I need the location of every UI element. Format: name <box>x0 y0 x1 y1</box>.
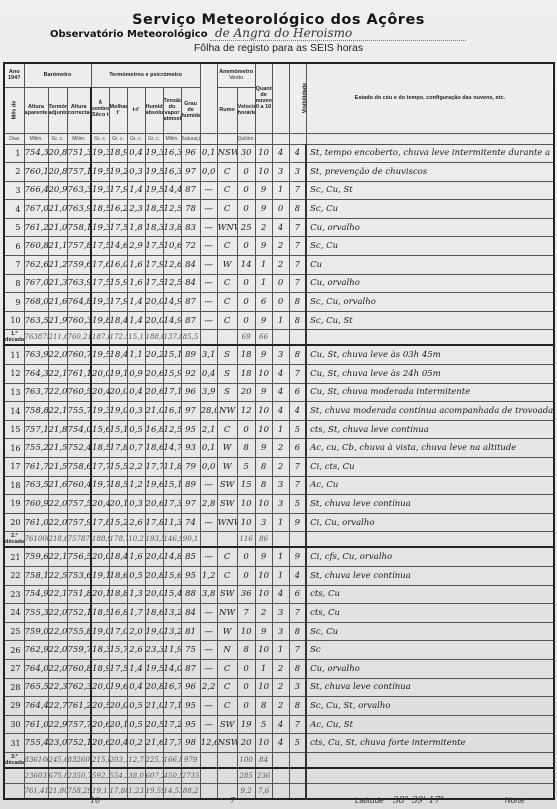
humidity-degree-cell: 92 <box>181 365 200 384</box>
altura-correcta-cell: 764,88 <box>67 293 91 312</box>
wet-bulb-cell: 17,5 <box>109 218 127 237</box>
cloud-amount-cell: 236 <box>255 768 272 784</box>
cloud-amount-cell: 10 <box>255 420 272 439</box>
dry-bulb-cell: 592,3 <box>91 768 109 784</box>
day-number: 23 <box>4 585 24 604</box>
rain-cell: — <box>200 256 217 275</box>
wind-direction-cell: C <box>217 293 237 312</box>
visibility-cell: 7 <box>289 237 306 256</box>
observation-text: Cu, orvalho <box>306 659 554 678</box>
t-diff-cell: 1,7 <box>127 604 145 623</box>
humidity-degree-cell: 83 <box>181 218 200 237</box>
observation-text: Sc, Cu, St <box>306 311 554 330</box>
humidity-degree-cell: 72 <box>181 237 200 256</box>
wind-direction-cell: W <box>217 622 237 641</box>
t-diff-cell: 0,3 <box>127 495 145 514</box>
abs-humidity-cell: 20,5 <box>145 715 163 734</box>
altura-aparente-cell: 759,00 <box>24 622 48 641</box>
observation-text: Ac, Cu <box>306 476 554 495</box>
altura-aparente-cell: 765,55 <box>24 678 48 697</box>
t-diff-cell: 1,6 <box>127 256 145 275</box>
wet-bulb-cell: 15,1 <box>109 420 127 439</box>
t-diff-cell: 0,4 <box>127 144 145 163</box>
rain-cell: — <box>200 311 217 330</box>
wind-direction-cell: C <box>217 547 237 566</box>
table-row: 15757,1021,8754,0015,615,10,516,812,5952… <box>4 420 554 439</box>
wind-direction-cell <box>217 752 237 768</box>
observation-text: St, prevenção de chuviscos <box>306 163 554 182</box>
humidity-degree-cell: 79 <box>181 458 200 477</box>
day-number: 24 <box>4 604 24 623</box>
humidity-degree-cell: 97 <box>181 163 200 182</box>
cloud-amount-cell: 9 <box>255 181 272 200</box>
cloud-amount-cell: 9 <box>255 383 272 402</box>
altura-correcta-cell: 755,86 <box>67 622 91 641</box>
abs-humidity-cell: 20,0 <box>145 293 163 312</box>
table-row: 19760,9022,0757,5620,420,10,320,617,3972… <box>4 495 554 514</box>
wind-speed-cell: 0 <box>237 678 255 697</box>
visibility-cell: 7 <box>289 181 306 200</box>
altura-aparente-cell: 759,65 <box>24 547 48 566</box>
observation-text <box>306 768 554 784</box>
dry-bulb-cell: 19,3 <box>91 218 109 237</box>
sea-state-cell: 1 <box>272 181 289 200</box>
altura-correcta-cell: 761,21 <box>67 697 91 716</box>
altura-correcta-cell: 760,215 <box>67 330 91 346</box>
unit-days: Dias <box>4 133 24 144</box>
wet-bulb-cell: 20,1 <box>109 495 127 514</box>
humidity-degree-cell: 85,5 <box>181 330 200 346</box>
table-row: 1754,3020,8751,3219,318,90,419,316,3960,… <box>4 144 554 163</box>
unit-quilom: Quilóm. <box>237 133 255 144</box>
cloud-amount-cell: 9 <box>255 622 272 641</box>
vapor-tension-cell: 17,1 <box>163 697 181 716</box>
observation-text: Sc, Cu, orvalho <box>306 293 554 312</box>
vapor-tension-cell: 14,8 <box>163 547 181 566</box>
t-diff-cell: 1,4 <box>127 293 145 312</box>
rain-cell: 2,2 <box>200 678 217 697</box>
abs-humidity-cell: 17,7 <box>145 458 163 477</box>
wind-speed-cell: 0 <box>237 181 255 200</box>
cloud-amount-cell: 8 <box>255 476 272 495</box>
rain-cell: 2,8 <box>200 495 217 514</box>
wet-bulb-cell: 19,6 <box>109 678 127 697</box>
day-number: 9 <box>4 293 24 312</box>
termometro-adjunto-cell: 21,6 <box>48 293 67 312</box>
termometro-adjunto-cell: 211,6 <box>48 330 67 346</box>
sea-state-cell: 3 <box>272 622 289 641</box>
altura-correcta-cell: 760,84 <box>67 659 91 678</box>
humidity-degree-cell: 75 <box>181 641 200 660</box>
rain-cell: — <box>200 697 217 716</box>
wind-speed-cell: 285 <box>237 768 255 784</box>
dry-bulb-header: À sombraSêco t <box>91 87 109 133</box>
day-number: 30 <box>4 715 24 734</box>
abs-humidity-cell: 20,2 <box>145 345 163 364</box>
table-row: 11763,9022,0760,7419,518,41,120,215,1893… <box>4 345 554 364</box>
sea-state-cell: 2 <box>272 697 289 716</box>
sea-state-cell: 0 <box>272 274 289 293</box>
wet-bulb-cell: 15,7 <box>109 641 127 660</box>
cloud-amount-cell: 10 <box>255 163 272 182</box>
wet-bulb-header: Molhado t' <box>109 87 127 133</box>
rain-cell: — <box>200 547 217 566</box>
wet-bulb-cell: 18,4 <box>109 547 127 566</box>
table-row: 24755,3022,0752,1818,516,81,718,613,284—… <box>4 604 554 623</box>
abs-humidity-cell: 193,5 <box>145 532 163 548</box>
anemometer-header: AnemómetroVento <box>217 63 255 87</box>
decade-label: 3.ª década <box>4 752 24 768</box>
table-row: 16755,2021,5752,4418,517,80,718,614,7930… <box>4 439 554 458</box>
altura-aparente-cell: 767,00 <box>24 274 48 293</box>
vapor-tension-cell: 14,0 <box>163 659 181 678</box>
sea-state-cell: 4 <box>272 218 289 237</box>
altura-correcta-cell: 752,44 <box>67 439 91 458</box>
dry-bulb-cell: 20,4 <box>91 495 109 514</box>
termometro-adjunto-cell: 22,0 <box>48 513 67 532</box>
t-diff-cell: 2,0 <box>127 622 145 641</box>
observation-text: Sc, Cu <box>306 200 554 219</box>
wind-direction-header: Rumo <box>217 87 237 133</box>
rain-cell: — <box>200 476 217 495</box>
altura-correcta-cell: 757,91 <box>67 513 91 532</box>
altura-correcta-cell: 760,36 <box>67 311 91 330</box>
wind-speed-cell: 69 <box>237 330 255 346</box>
wind-direction-cell: C <box>217 200 237 219</box>
wind-direction-cell <box>217 768 237 784</box>
termometro-adjunto-cell: 22,0 <box>48 659 67 678</box>
termometro-adjunto-cell: 22,9 <box>48 715 67 734</box>
visibility-cell: 3 <box>289 163 306 182</box>
visibility-cell: 8 <box>289 697 306 716</box>
wind-speed-cell: 8 <box>237 439 255 458</box>
rain-cell: 1,2 <box>200 566 217 585</box>
wind-direction-cell: W <box>217 458 237 477</box>
t-diff-cell: 0,9 <box>127 365 145 384</box>
termometro-adjunto-cell: 23,0 <box>48 734 67 753</box>
termometro-adjunto-cell: 22,3 <box>48 678 67 697</box>
latitude-label: Latitude <box>355 796 383 805</box>
wet-bulb-cell: 19,0 <box>109 402 127 421</box>
altura-aparente-cell: 755,30 <box>24 604 48 623</box>
visibility-cell: 3 <box>289 678 306 697</box>
t-diff-cell: 10,2 <box>127 532 145 548</box>
rain-cell: 0,0 <box>200 163 217 182</box>
t-diff-cell: 0,3 <box>127 163 145 182</box>
wind-speed-cell: 100 <box>237 752 255 768</box>
humidity-degree-cell: 87 <box>181 311 200 330</box>
abs-humidity-cell: 20,0 <box>145 547 163 566</box>
record-sheet: Serviço Meteorológico dos Açôres Observa… <box>0 0 557 809</box>
humidity-degree-cell: 85 <box>181 547 200 566</box>
vapor-tension-cell: 15,1 <box>163 476 181 495</box>
dry-bulb-cell: 188,9 <box>91 532 109 548</box>
day-number: 22 <box>4 566 24 585</box>
t-diff-cell: 0,5 <box>127 566 145 585</box>
observation-text: Sc, Cu, St <box>306 181 554 200</box>
dry-bulb-cell: 187,6 <box>91 330 109 346</box>
sea-state-cell: 2 <box>272 237 289 256</box>
humidity-degree-cell: 95 <box>181 715 200 734</box>
wet-bulb-cell: 15,5 <box>109 458 127 477</box>
altura-correcta-cell: 758,67 <box>67 458 91 477</box>
abs-humidity-cell: 16,8 <box>145 420 163 439</box>
decade-summary-row: 1.ª década763875211,6760,215187,6172,515… <box>4 330 554 346</box>
dry-bulb-cell: 17,6 <box>91 256 109 275</box>
wet-bulb-cell: 20,0 <box>109 383 127 402</box>
day-number: 26 <box>4 641 24 660</box>
cloud-amount-cell: 9 <box>255 200 272 219</box>
abs-humidity-cell: 18,6 <box>145 439 163 458</box>
altura-aparente-cell: 763,70 <box>24 383 48 402</box>
visibility-cell: 7 <box>289 218 306 237</box>
altura-aparente-cell: 755,20 <box>24 439 48 458</box>
rain-cell: 0,4 <box>200 365 217 384</box>
observation-text: Ci, Cu, orvalho <box>306 513 554 532</box>
latitude-value: 38° 39' 17" <box>393 796 444 806</box>
observation-text: Ac, Cu, St <box>306 715 554 734</box>
altura-aparente-cell: 768,00 <box>24 293 48 312</box>
altura-correcta-cell: 751,82 <box>67 585 91 604</box>
wet-bulb-cell: 17,8 <box>109 439 127 458</box>
altura-correcta-cell: 752,18 <box>67 604 91 623</box>
observatory-name: de Angra do Heroismo <box>215 26 352 40</box>
altura-aparente-cell: 754,30 <box>24 144 48 163</box>
observatory-label: Observatório Meteorológico <box>50 29 208 40</box>
termometro-adjunto-cell: 21,0 <box>48 218 67 237</box>
vapor-tension-cell: 12,6 <box>163 256 181 275</box>
rain-cell <box>200 752 217 768</box>
wet-bulb-cell: 17,5 <box>109 659 127 678</box>
wind-direction-cell: S <box>217 345 237 364</box>
wind-speed-cell: 0 <box>237 547 255 566</box>
visibility-cell: 8 <box>289 345 306 364</box>
vapor-tension-cell: 16,3 <box>163 163 181 182</box>
day-number: 6 <box>4 237 24 256</box>
day-number: 1 <box>4 144 24 163</box>
altura-aparente-cell: 764,35 <box>24 365 48 384</box>
altura-aparente-cell: 2360375 <box>24 768 48 784</box>
humidity-degree-cell: 2735 <box>181 768 200 784</box>
wet-bulb-cell: 18,6 <box>109 566 127 585</box>
cloud-amount-cell: 8 <box>255 697 272 716</box>
altura-correcta-cell: 753,60 <box>67 566 91 585</box>
cloud-amount-cell: 8 <box>255 458 272 477</box>
month-day-header: Mês de <box>4 87 24 133</box>
wind-direction-cell: C <box>217 678 237 697</box>
observation-text: cts, Cu, St, chuva forte intermitente <box>306 734 554 753</box>
table-row: 5761,2021,0758,1819,317,51,818,313,883—W… <box>4 218 554 237</box>
cloud-amount-cell: 9 <box>255 237 272 256</box>
visibility-cell: 4 <box>289 566 306 585</box>
altura-aparente-cell: 764,00 <box>24 659 48 678</box>
observation-text: Sc, Cu, St, orvalho <box>306 697 554 716</box>
wind-speed-cell: 0 <box>237 274 255 293</box>
rain-cell <box>200 532 217 548</box>
sea-state-cell: 4 <box>272 734 289 753</box>
unit-graus: Gr. c. <box>127 133 145 144</box>
altura-correcta-cell: 2350,704 <box>67 768 91 784</box>
humidity-degree-cell: 84 <box>181 604 200 623</box>
vapor-tension-cell: 11,8 <box>163 458 181 477</box>
cloud-amount-cell: 5 <box>255 715 272 734</box>
rain-cell: — <box>200 659 217 678</box>
sea-state-cell: 2 <box>272 256 289 275</box>
cloud-amount-cell: 6 <box>255 293 272 312</box>
day-number: 27 <box>4 659 24 678</box>
humidity-degree-cell: 84 <box>181 274 200 293</box>
altura-aparente-cell: 764,45 <box>24 697 48 716</box>
vapor-tension-cell: 11,3 <box>163 513 181 532</box>
vapor-tension-cell: 16,7 <box>163 678 181 697</box>
rain-cell: 0,0 <box>200 458 217 477</box>
observatory-dotted-line <box>210 40 466 41</box>
cloud-amount-cell: 2 <box>255 604 272 623</box>
abs-humidity-cell: 20,8 <box>145 678 163 697</box>
humidity-degree-cell: 979 <box>181 752 200 768</box>
wind-direction-cell: SW <box>217 476 237 495</box>
wind-direction-cell: C <box>217 274 237 293</box>
observation-text: Sc, Cu <box>306 237 554 256</box>
wet-bulb-cell: 20,0 <box>109 697 127 716</box>
abs-humidity-cell: 20,6 <box>145 365 163 384</box>
altura-correcta-cell: 757,75 <box>67 715 91 734</box>
cloud-amount-cell: 1 <box>255 256 272 275</box>
day-number: 13 <box>4 383 24 402</box>
humidity-degree-cell: 95 <box>181 697 200 716</box>
abs-humidity-cell: 17,5 <box>145 274 163 293</box>
rain-cell: — <box>200 181 217 200</box>
termometro-adjunto-cell: 20,8 <box>48 144 67 163</box>
humidity-degree-cell: 78 <box>181 200 200 219</box>
wind-speed-cell: 25 <box>237 218 255 237</box>
termometro-adjunto-cell: 21,1 <box>48 237 67 256</box>
wind-direction-cell: S <box>217 365 237 384</box>
t-diff-cell: 0,3 <box>127 402 145 421</box>
abs-humidity-cell: 17,9 <box>145 256 163 275</box>
altura-aparente-cell: 757,10 <box>24 420 48 439</box>
wind-speed-cell: 15 <box>237 476 255 495</box>
abs-humidity-cell: 18,6 <box>145 604 163 623</box>
altura-aparente-cell: 761,00 <box>24 715 48 734</box>
wet-bulb-cell: 19,1 <box>109 365 127 384</box>
wind-direction-cell: SW <box>217 585 237 604</box>
altura-correcta-cell: 763,93 <box>67 274 91 293</box>
vapor-tension-cell: 15,4 <box>163 585 181 604</box>
humidity-degree-header: Grau de humidade <box>181 87 200 133</box>
vapor-tension-cell: 166,8 <box>163 752 181 768</box>
dry-bulb-cell: 20,6 <box>91 715 109 734</box>
visibility-cell: 5 <box>289 495 306 514</box>
dry-bulb-cell: 19,0 <box>91 622 109 641</box>
observation-text: Ci, cts, Cu <box>306 458 554 477</box>
visibility-cell: 7 <box>289 256 306 275</box>
termometro-adjunto-cell: 22,1 <box>48 365 67 384</box>
wind-speed-cell: 19 <box>237 715 255 734</box>
observation-text: cts, Cu <box>306 585 554 604</box>
observation-rows: 1754,3020,8751,3219,318,90,419,316,3960,… <box>4 144 554 799</box>
dry-bulb-cell: 17,7 <box>91 458 109 477</box>
altura-correcta-cell: 757,15 <box>67 163 91 182</box>
termometro-adjunto-cell: 218,6 <box>48 532 67 548</box>
dry-bulb-cell: 15,6 <box>91 420 109 439</box>
monthly-total-row: 2360375675,82350,704592,3554,338,0607,24… <box>4 768 554 784</box>
t-diff-cell: 0,5 <box>127 420 145 439</box>
day-number: 5 <box>4 218 24 237</box>
unit-milim: Milim. <box>163 133 181 144</box>
altura-correcta-cell: 832601 <box>67 752 91 768</box>
humidity-degree-cell: 97 <box>181 495 200 514</box>
observation-text <box>306 752 554 768</box>
visibility-cell <box>289 752 306 768</box>
humidity-degree-cell: 89 <box>181 476 200 495</box>
sheet-subtitle: Fôlha de registo para as SEIS horas <box>0 42 557 54</box>
altura-aparente-cell: 762,65 <box>24 256 48 275</box>
cloud-amount-cell: 86 <box>255 532 272 548</box>
unit-saturacao: Saturação <box>181 133 200 144</box>
abs-humidity-cell: 21,0 <box>145 402 163 421</box>
wet-bulb-cell: 554,3 <box>109 768 127 784</box>
vapor-tension-cell: 450,5 <box>163 768 181 784</box>
vapor-tension-cell: 13,2 <box>163 604 181 623</box>
wind-direction-cell: C <box>217 163 237 182</box>
dry-bulb-cell: 19,3 <box>91 181 109 200</box>
dry-bulb-cell: 18,5 <box>91 604 109 623</box>
dry-bulb-cell: 20,0 <box>91 547 109 566</box>
wind-direction-cell: WNW <box>217 218 237 237</box>
dry-bulb-cell: 20,4 <box>91 383 109 402</box>
footer-left-number: 10 <box>90 796 100 805</box>
cloud-amount-cell: 84 <box>255 752 272 768</box>
visibility-cell: 6 <box>289 585 306 604</box>
humidity-degree-cell: 90,1 <box>181 532 200 548</box>
altura-aparente-cell: 758,85 <box>24 402 48 421</box>
day-number: 11 <box>4 345 24 364</box>
wind-direction-cell: C <box>217 566 237 585</box>
vapor-tension-cell: 13,8 <box>163 218 181 237</box>
cloud-amount-cell: 9 <box>255 547 272 566</box>
dry-bulb-cell: 20,0 <box>91 365 109 384</box>
rain-cell: — <box>200 237 217 256</box>
rain-cell: — <box>200 622 217 641</box>
visibility-cell: 4 <box>289 144 306 163</box>
humidity-degree-cell: 95 <box>181 566 200 585</box>
wet-bulb-cell: 20,1 <box>109 715 127 734</box>
table-row: 2760,1520,8757,1519,519,20,319,516,3970,… <box>4 163 554 182</box>
t-diff-cell: 2,6 <box>127 513 145 532</box>
abs-humidity-cell: 18,5 <box>145 200 163 219</box>
altura-correcta-cell: 759,60 <box>67 256 91 275</box>
wind-direction-cell: NW <box>217 604 237 623</box>
day-number: 31 <box>4 734 24 753</box>
sea-state-header: Estado do mar <box>272 63 289 133</box>
abs-humidity-cell: 19,5 <box>145 659 163 678</box>
day-number: 21 <box>4 547 24 566</box>
wind-direction-cell: W <box>217 439 237 458</box>
t-diff-cell: 1,2 <box>127 476 145 495</box>
sea-state-cell: 2 <box>272 678 289 697</box>
table-row: 18763,5021,6760,4019,718,51,219,615,189—… <box>4 476 554 495</box>
decade-label: 1.ª década <box>4 330 24 346</box>
barometer-header: Barómetro <box>24 63 91 87</box>
t-diff-cell: 0,4 <box>127 678 145 697</box>
wind-direction-cell: C <box>217 420 237 439</box>
dry-bulb-cell: 20,0 <box>91 678 109 697</box>
unit-milim: Milim. <box>24 133 48 144</box>
table-row: 8767,0021,3763,9317,515,91,617,512,584—C… <box>4 274 554 293</box>
dry-bulb-cell: 20,1 <box>91 585 109 604</box>
vapor-tension-cell: 13,2 <box>163 622 181 641</box>
